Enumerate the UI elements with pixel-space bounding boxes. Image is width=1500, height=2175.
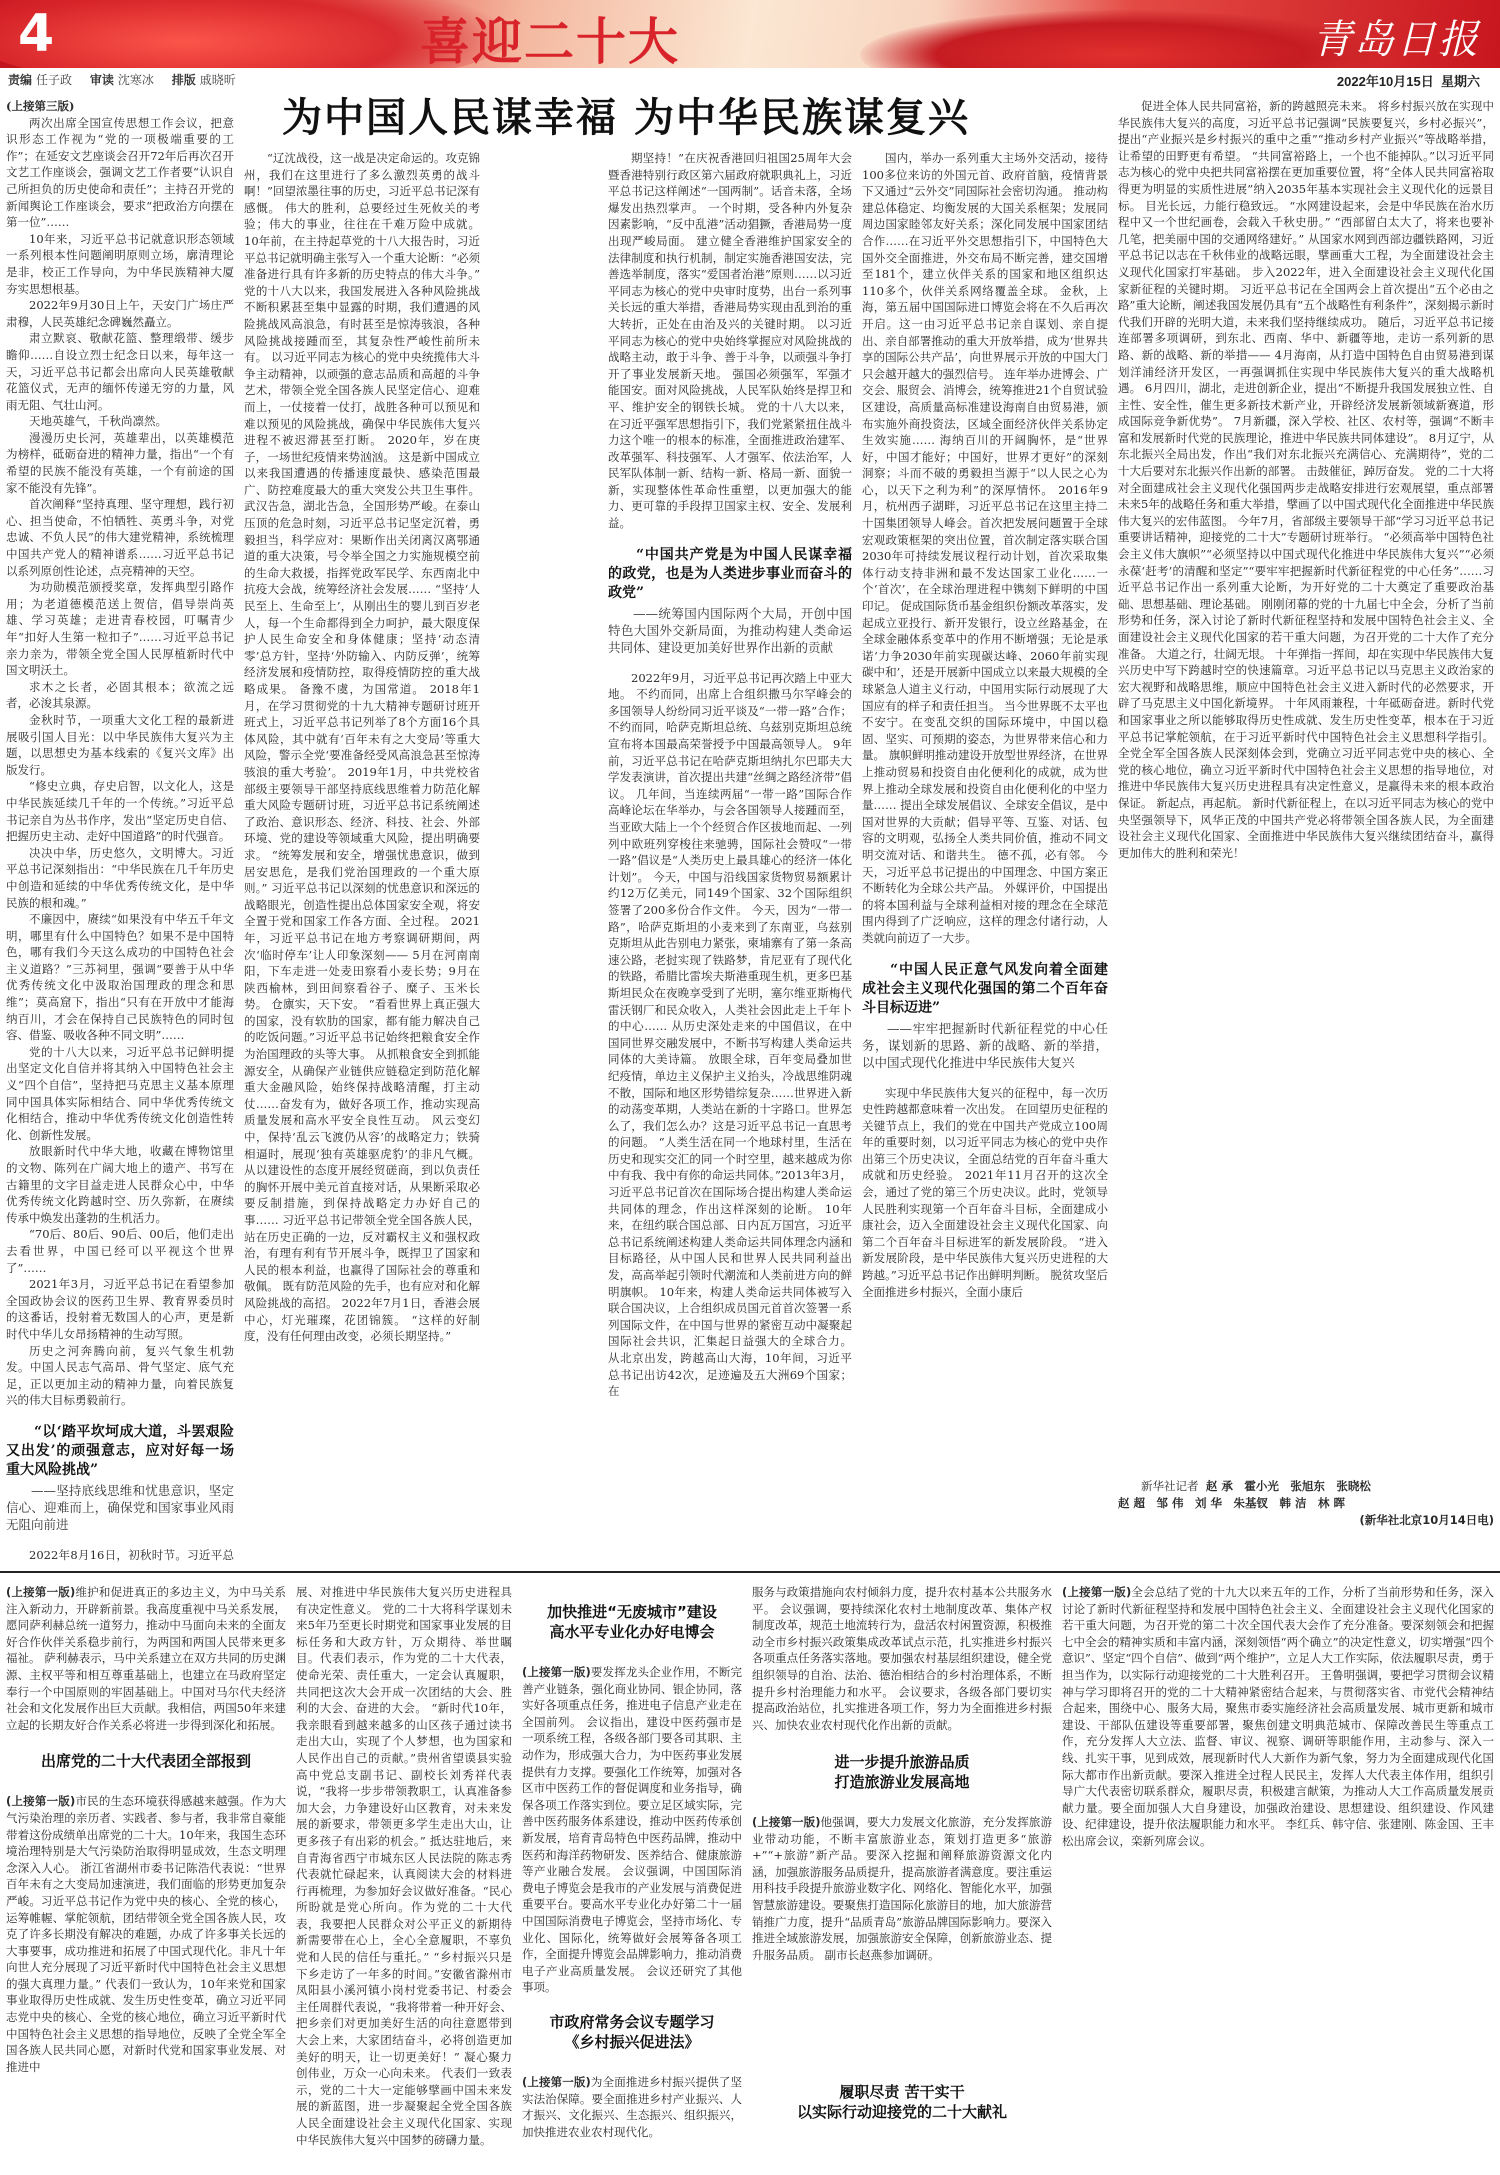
- section-divider: [0, 1571, 1500, 1573]
- paragraph: (上接第一版)市民的生态环境获得感越来越强。作为大气污染治理的亲历者、实践者、参…: [6, 1793, 286, 2075]
- credit-name: 任子政: [36, 73, 72, 87]
- section-subheading: “中国人民正意气风发向着全面建成社会主义现代化强国的第二个百年奋斗目标迈进”: [862, 961, 1108, 1018]
- article-body: (上接第一版)他强调，要大力发展文化旅游，充分发挥旅游业带动功能，不断丰富旅游业…: [752, 1814, 1052, 2064]
- paragraph: 天地英雄气，千秋尚凛然。: [6, 413, 234, 430]
- credit-role: 排版: [172, 73, 196, 87]
- paragraph: 2022年9月，习近平总书记再次踏上中亚大地。 不约而同，出席上合组织撒马尔罕峰…: [608, 670, 852, 1400]
- credit-role: 责编: [8, 73, 32, 87]
- article-column-3: 期坚持！”在庆祝香港回归祖国25周年大会暨香港特别行政区第六届政府就职典礼上，习…: [608, 150, 852, 1566]
- issue-date: 2022年10月15日 星期六: [1337, 71, 1480, 90]
- article-column-2: “辽沈战役，这一战是决定命运的。攻克锦州，我们在这里进行了多么激烈英勇的战斗啊！…: [244, 150, 480, 1566]
- section-subheading-line: ——坚持底线思维和忧患意识，坚定信心、迎难而上，确保党和国家事业风雨无阻向前进: [6, 1482, 234, 1533]
- continued-tag: (上接第一版): [522, 2075, 591, 2089]
- paragraph: 求木之长者，必固其根本；欲流之远者，必浚其泉源。: [6, 679, 234, 712]
- byline-line-2: 赵 超 邹 伟 刘 华 朱基钗 韩 洁 林 晖: [1118, 1495, 1494, 1512]
- headline-line: 进一步提升旅游品质: [752, 1752, 1052, 1772]
- section-subheading-line: ——牢牢把握新时代新征程党的中心任务，谋划新的思路、新的战略、新的举措，以中国式…: [862, 1020, 1108, 1071]
- article-column-5: 促进全体人民共同富裕，新的跨越照亮未来。 将乡村振兴放在实现中华民族伟大复兴的高…: [1118, 98, 1494, 1566]
- article-body: (上接第一版)要发挥龙头企业作用，不断完善产业链条，强化商业协同、银企协同，落实…: [522, 1664, 742, 1994]
- column-1-paragraphs: 两次出席全国宣传思想工作会议，把意识形态工作视为“党的一项极端重要的工作”；在延…: [6, 115, 234, 1409]
- credit-role: 审读: [90, 73, 114, 87]
- paragraph-text: 要发挥龙头企业作用，不断完善产业链条，强化商业协同、银企协同，落实好各项重点任务…: [522, 1665, 742, 1994]
- byline-line-1: 新华社记者 赵 承 霍小光 张旭东 张晓松: [1118, 1478, 1494, 1495]
- paragraph: 10年来，习近平总书记就意识形态领域一系列根本性问题阐明原则立场，廓清理论是非，…: [6, 231, 234, 297]
- weekday-text: 星期六: [1441, 74, 1480, 89]
- bottom-column-1: (上接第一版)维护和促进真正的多边主义，为中马关系注入新动力，开辟新前景。我高度…: [6, 1584, 286, 2174]
- bottom-column-5: (上接第一版)全会总结了党的十九大以来五年的工作，分析了当前形势和任务，深入讨论…: [1062, 1584, 1494, 2174]
- headline-line: 履职尽责 苦干实干: [752, 2082, 1052, 2102]
- credit-name: 沈寒冰: [118, 73, 154, 87]
- continued-from-label: (上接第三版): [6, 98, 234, 115]
- paragraph: “70后、80后、90后、00后，他们走出去看世界，中国已经可以平视这个世界了”…: [6, 1226, 234, 1276]
- article-column-4: 国内，举办一系列重大主场外交活动，接待100多位来访的外国元首、政府首脑，疫情背…: [862, 150, 1108, 1566]
- paragraph: (上接第一版)要发挥龙头企业作用，不断完善产业链条，强化商业协同、银企协同，落实…: [522, 1664, 742, 1994]
- section-subheading: “以‘踏平坎坷成大道，斗罢艰险又出发’的顽强意志，应对好每一场重大风险挑战”: [6, 1423, 234, 1480]
- paragraph: (上接第一版)为全面推进乡村振兴提供了坚实法治保障。要全面推进乡村产业振兴、人才…: [522, 2074, 742, 2140]
- paragraph: 2022年9月30日上午，天安门广场庄严肃穆，人民英雄纪念碑巍然矗立。: [6, 297, 234, 330]
- editor-credits: 责编任子政 审读沈寒冰 排版戚晓昕: [8, 71, 250, 88]
- paragraph: 服务与政策措施向农村倾斜力度，提升农村基本公共服务水平。 会议强调，要持续深化农…: [752, 1584, 1052, 1733]
- credit-name: 戚晓昕: [200, 73, 236, 87]
- paragraph: 不廉因中，赓续“如果没有中华五千年文明，哪里有什么中国特色？如果不是中国特色，哪…: [6, 911, 234, 1044]
- headline-line: 《乡村振兴促进法》: [522, 2032, 742, 2052]
- headline-line: 打造旅游业发展高地: [752, 1772, 1052, 1792]
- masthead-banner: 4 喜迎二十大 青岛日报: [0, 0, 1500, 68]
- paragraph: 党的十八大以来，习近平总书记鲜明提出坚定文化自信并将其纳入中国特色社会主义“四个…: [6, 1044, 234, 1144]
- article-headline: 履职尽责 苦干实干以实际行动迎接党的二十大献礼: [752, 2082, 1052, 2122]
- page-number: 4: [18, 4, 54, 64]
- paragraph: 放眼新时代中华大地，收藏在博物馆里的文物、陈列在广阔大地上的遗产、书写在古籍里的…: [6, 1143, 234, 1226]
- byline-dateline: (新华社北京10月14日电): [1118, 1512, 1494, 1529]
- paragraph: 历史之河奔腾向前，复兴气象生机勃发。中国人民志气高昂、骨气坚定、底气充足，正以更…: [6, 1343, 234, 1409]
- paragraph-text: 全会总结了党的十九大以来五年的工作，分析了当前形势和任务，深入讨论了新时代新征程…: [1062, 1585, 1494, 1848]
- newspaper-logo: 青岛日报: [1312, 8, 1480, 65]
- bottom-column-4: 服务与政策措施向农村倾斜力度，提升农村基本公共服务水平。 会议强调，要持续深化农…: [752, 1584, 1052, 2174]
- paragraph: “辽沈战役，这一战是决定命运的。攻克锦州，我们在这里进行了多么激烈英勇的战斗啊！…: [244, 150, 480, 1345]
- byline-names: 赵 超 邹 伟 刘 华 朱基钗 韩 洁 林 晖: [1118, 1496, 1345, 1510]
- date-text: 2022年10月15日: [1337, 74, 1434, 89]
- section-subheading: “中国共产党是为中国人民谋幸福的政党，也是为人类进步事业而奋斗的政党”: [608, 546, 852, 603]
- continued-tag: (上接第一版): [1062, 1585, 1131, 1599]
- paragraph: 2022年8月16日，初秋时节。习近平总书记再赴东北考察，第一站走进位于锦州市的…: [6, 1547, 234, 1566]
- paragraph: (上接第一版)全会总结了党的十九大以来五年的工作，分析了当前形势和任务，深入讨论…: [1062, 1584, 1494, 1850]
- continued-tag: (上接第一版): [522, 1665, 591, 1679]
- byline: 新华社记者 赵 承 霍小光 张旭东 张晓松 赵 超 邹 伟 刘 华 朱基钗 韩 …: [1118, 1478, 1494, 1529]
- paragraph: 2021年3月，习近平总书记在看望参加全国政协会议的医药卫生界、教育界委员时的这…: [6, 1276, 234, 1342]
- paragraph: 实现中华民族伟大复兴的征程中，每一次历史性跨越都意味着一次出发。 在回望历史征程…: [862, 1085, 1108, 1301]
- paragraph: 漫漫历史长河，英雄辈出，以英雄模范为榜样，砥砺奋进的精神力量，指出“一个有希望的…: [6, 430, 234, 496]
- headline-line: 高水平专业化办好电博会: [522, 1622, 742, 1642]
- paragraph: 国内，举办一系列重大主场外交活动，接待100多位来访的外国元首、政府首脑，疫情背…: [862, 150, 1108, 947]
- paragraph: 决决中华，历史悠久，文明博大。习近平总书记深刻指出：“中华民族在几千年历史中创造…: [6, 845, 234, 911]
- paragraph: “修史立典，存史启智，以文化人，这是中华民族延续几千年的一个传统。”习近平总书记…: [6, 778, 234, 844]
- continued-tag: (上接第一版): [6, 1794, 75, 1808]
- column-5-body: 促进全体人民共同富裕，新的跨越照亮未来。 将乡村振兴放在实现中华民族伟大复兴的高…: [1118, 98, 1494, 1478]
- paragraph: 金秋时节，一项重大文化工程的最新进展吸引国人目光：以中华民族伟大复兴为主题，以思…: [6, 712, 234, 778]
- article-headline: 加快推进“无废城市”建设高水平专业化办好电博会: [522, 1602, 742, 1642]
- article-column-1: (上接第三版) 两次出席全国宣传思想工作会议，把意识形态工作视为“党的一项极端重…: [6, 98, 234, 1566]
- article-headline: 出席党的二十大代表团全部报到: [6, 1751, 286, 1771]
- headline-line: 加快推进“无废城市”建设: [522, 1602, 742, 1622]
- paragraph-text: 他强调，要大力发展文化旅游，充分发挥旅游业带动功能，不断丰富旅游业态，策划打造更…: [752, 1815, 1052, 1962]
- paragraph: 促进全体人民共同富裕，新的跨越照亮未来。 将乡村振兴放在实现中华民族伟大复兴的高…: [1118, 98, 1494, 861]
- article-headline: 市政府常务会议专题学习《乡村振兴促进法》: [522, 2012, 742, 2052]
- continued-tag: (上接第一版): [6, 1585, 75, 1599]
- paragraph-text: 市民的生态环境获得感越来越强。作为大气污染治理的亲历者、实践者、参与者，我非常自…: [6, 1794, 286, 2074]
- section-title: 喜迎二十大: [420, 2, 680, 68]
- paragraph: (上接第一版)维护和促进真正的多边主义，为中马关系注入新动力，开辟新前景。我高度…: [6, 1584, 286, 1733]
- byline-prefix: 新华社记者: [1141, 1479, 1199, 1493]
- paragraph: 肃立默哀、敬献花篮、整理缎带、缓步瞻仰……自设立烈士纪念日以来，每年这一天，习近…: [6, 330, 234, 413]
- bottom-column-2: 展、对推进中华民族伟大复兴历史进程具有决定性意义。 党的二十大将科学谋划未来5年…: [296, 1584, 512, 2174]
- headline-line: 以实际行动迎接党的二十大献礼: [752, 2102, 1052, 2122]
- headline-line: 市政府常务会议专题学习: [522, 2012, 742, 2032]
- main-headline: 为中国人民谋幸福 为中华民族谋复兴: [236, 86, 1016, 143]
- continued-tag: (上接第一版): [752, 1815, 820, 1829]
- paragraph: 首次阐释“坚持真理、坚守理想，践行初心、担当使命，不怕牺牲、英勇斗争，对党忠诚、…: [6, 496, 234, 579]
- section-subheading-line: ——统筹国内国际两个大局，开创中国特色大国外交新局面，为推动构建人类命运共同体、…: [608, 605, 852, 656]
- bottom-column-3: 加快推进“无废城市”建设高水平专业化办好电博会 (上接第一版)要发挥龙头企业作用…: [522, 1584, 742, 2174]
- red-flag-swoosh-decoration-right: [860, 10, 1380, 68]
- paragraph: (上接第一版)他强调，要大力发展文化旅游，充分发挥旅游业带动功能，不断丰富旅游业…: [752, 1814, 1052, 1963]
- paragraph: 期坚持！”在庆祝香港回归祖国25周年大会暨香港特别行政区第六届政府就职典礼上，习…: [608, 150, 852, 532]
- paragraph: 两次出席全国宣传思想工作会议，把意识形态工作视为“党的一项极端重要的工作”；在延…: [6, 115, 234, 231]
- paragraph-text: 维护和促进真正的多边主义，为中马关系注入新动力，开辟新前景。我高度重视中马关系发…: [6, 1585, 286, 1732]
- byline-names: 赵 承 霍小光 张旭东 张晓松: [1206, 1479, 1371, 1493]
- article-headline: 进一步提升旅游品质打造旅游业发展高地: [752, 1752, 1052, 1792]
- paragraph: 展、对推进中华民族伟大复兴历史进程具有决定性意义。 党的二十大将科学谋划未来5年…: [296, 1584, 512, 2148]
- paragraph: 为功勋模范颁授奖章，发挥典型引路作用；为老道德模范送上贺信，倡导崇尚英雄、学习英…: [6, 579, 234, 679]
- article-body: 服务与政策措施向农村倾斜力度，提升农村基本公共服务水平。 会议强调，要持续深化农…: [752, 1584, 1052, 1734]
